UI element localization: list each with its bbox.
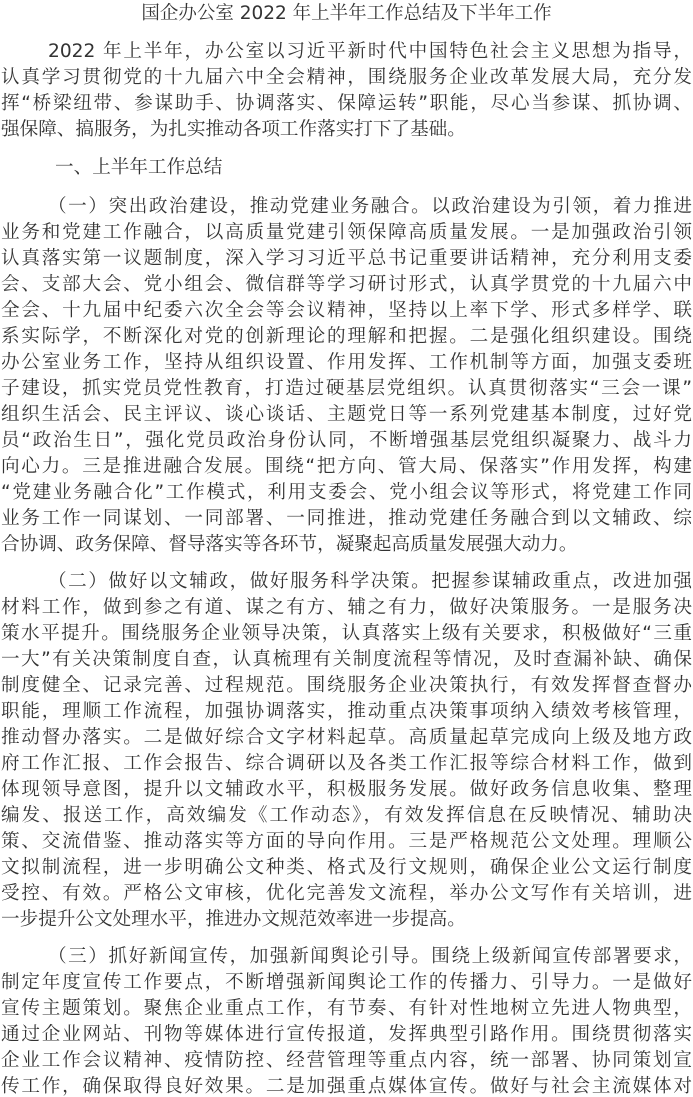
paragraph-line: 组织生活会、民主评议、谈心谈话、主题党日等一系列党建基本制度，过好党 xyxy=(0,402,693,428)
paragraph-line: 会、支部大会、党小组会、微信群等学习研讨形式，认真学贯党的十九届六中 xyxy=(0,272,693,298)
paragraph-line: 策、交流借鉴、推动落实等方面的导向作用。三是严格规范公文处理。理顺公 xyxy=(0,829,693,855)
paragraph-line: 职能，理顺工作流程，加强协调落实，推动重点决策事项纳入绩效考核管理， xyxy=(0,699,693,725)
section-heading: 一、上半年工作总结 xyxy=(55,155,222,181)
section-2-paragraph: （二）做好以文辅政，做好服务科学决策。把握参谋辅政重点，改进加强 材料工作，做到… xyxy=(0,569,693,933)
intro-paragraph: 2022 年上半年，办公室以习近平新时代中国特色社会主义思想为指导， 认真学习贯… xyxy=(0,39,693,143)
paragraph-line: “党建业务融合化”工作模式，利用支委会、党小组会议等形式，将党建工作同 xyxy=(0,480,693,506)
paragraph-line: 编发、报送工作，高效编发《工作动态》，有效发挥信息在反映情况、辅助决 xyxy=(0,803,693,829)
paragraph-line: 向心力。三是推进融合发展。围绕“把方向、管大局、保落实”作用发挥，构建 xyxy=(0,454,693,480)
paragraph-line: 府工作汇报、工作会报告、综合调研以及各类工作汇报等综合材料工作，做到 xyxy=(0,751,693,777)
paragraph-line: 制定年度宣传工作要点，不断增强新闻舆论工作的传播力、引导力。一是做好 xyxy=(0,970,693,996)
paragraph-line: 办公室业务工作，坚持从组织设置、作用发挥、工作机制等方面，加强支委班 xyxy=(0,350,693,376)
paragraph-line: 挥“桥梁纽带、参谋助手、协调落实、保障运转”职能，尽心当参谋、抓协调、 xyxy=(0,91,693,117)
paragraph-line: 合协调、政务保障、督导落实等各环节，凝聚起高质量发展强大动力。 xyxy=(0,532,693,558)
paragraph-line: 一大”有关决策制度自查，认真梳理有关制度流程等情况，及时查漏补缺、确保 xyxy=(0,647,693,673)
paragraph-line: 体现领导意图，提升以文辅政水平，积极服务发展。做好政务信息收集、整理 xyxy=(0,777,693,803)
paragraph-line: 全会、十九届中纪委六次全会等会议精神，坚持以上率下学、形式多样学、联 xyxy=(0,298,693,324)
document-title: 国企办公室 2022 年上半年工作总结及下半年工作 xyxy=(0,1,693,27)
paragraph-line: 宣传主题策划。聚焦企业重点工作，有节奏、有针对性地树立先进人物典型， xyxy=(0,996,693,1022)
paragraph-line: 强保障、搞服务，为扎实推动各项工作落实打下了基础。 xyxy=(0,117,693,143)
paragraph-line: 2022 年上半年，办公室以习近平新时代中国特色社会主义思想为指导， xyxy=(0,39,693,65)
paragraph-line: 通过企业网站、刊物等媒体进行宣传报道，发挥典型引路作用。围绕贯彻落实 xyxy=(0,1022,693,1048)
paragraph-line: 策水平提升。围绕服务企业领导决策，认真落实上级有关要求，积极做好“三重 xyxy=(0,621,693,647)
paragraph-line: （一）突出政治建设，推动党建业务融合。以政治建设为引领，着力推进 xyxy=(0,194,693,220)
paragraph-line: 认真落实第一议题制度，深入学习习近平总书记重要讲话精神，充分利用支委 xyxy=(0,246,693,272)
paragraph-line: 业务和党建工作融合，以高质量党建引领保障高质量发展。一是加强政治引领 xyxy=(0,220,693,246)
paragraph-line: 材料工作，做到参之有道、谋之有方、辅之有力，做好决策服务。一是服务决 xyxy=(0,595,693,621)
paragraph-line: 认真学习贯彻党的十九届六中全会精神，围绕服务企业改革发展大局，充分发 xyxy=(0,65,693,91)
paragraph-line: 系实际学，不断深化对党的创新理论的理解和把握。二是强化组织建设。围绕 xyxy=(0,324,693,350)
paragraph-line: 受控、有效。严格公文审核，优化完善发文流程，举办公文写作有关培训，进 xyxy=(0,881,693,907)
paragraph-line: 制度健全、记录完善、过程规范。围绕服务企业决策执行，有效发挥督查督办 xyxy=(0,673,693,699)
paragraph-line: 业务工作一同谋划、一同部署、一同推进，推动党建任务融合到以文辅政、综 xyxy=(0,506,693,532)
paragraph-line: 员“政治生日”，强化党员政治身份认同，不断增强基层党组织凝聚力、战斗力 xyxy=(0,428,693,454)
section-3-paragraph: （三）抓好新闻宣传，加强新闻舆论引导。围绕上级新闻宣传部署要求， 制定年度宣传工… xyxy=(0,944,693,1097)
paragraph-line: 传工作，确保取得良好效果。二是加强重点媒体宣传。做好与社会主流媒体对 xyxy=(0,1074,693,1097)
paragraph-line: 一步提升公文处理水平，推进办文规范效率进一步提高。 xyxy=(0,907,693,933)
section-1-paragraph: （一）突出政治建设，推动党建业务融合。以政治建设为引领，着力推进 业务和党建工作… xyxy=(0,194,693,558)
paragraph-line: （二）做好以文辅政，做好服务科学决策。把握参谋辅政重点，改进加强 xyxy=(0,569,693,595)
paragraph-line: （三）抓好新闻宣传，加强新闻舆论引导。围绕上级新闻宣传部署要求， xyxy=(0,944,693,970)
paragraph-line: 文拟制流程，进一步明确公文种类、格式及行文规则，确保企业公文运行制度 xyxy=(0,855,693,881)
paragraph-line: 推动督办落实。二是做好综合文字材料起草。高质量起草完成向上级及地方政 xyxy=(0,725,693,751)
paragraph-line: 企业工作会议精神、疫情防控、经营管理等重点内容，统一部署、协同策划宣 xyxy=(0,1048,693,1074)
paragraph-line: 子建设，抓实党员党性教育，打造过硬基层党组织。认真贯彻落实“三会一课” xyxy=(0,376,693,402)
